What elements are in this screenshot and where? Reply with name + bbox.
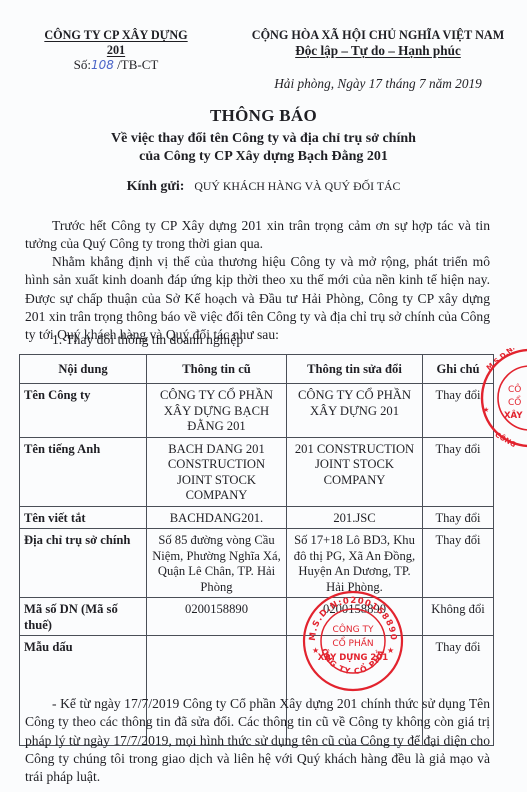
table-row: Mã số DN (Mã số thuế) 0200158890 0200158…	[20, 598, 494, 636]
table-header-row: Nội dung Thông tin cũ Thông tin sửa đổi …	[20, 355, 494, 384]
new-value: CÔNG TY CỔ PHẦN XÂY DỰNG 201	[287, 384, 423, 438]
greeting: Kính gửi:QUÝ KHÁCH HÀNG VÀ QUÝ ĐỐI TÁC	[0, 178, 527, 195]
stamp-line-1: CÔNG TY	[333, 623, 374, 635]
new-value: Số 17+18 Lô BD3, Khu đô thị PG, Xã An Đồ…	[287, 529, 423, 598]
company-seal-stamp: M.S.D.N:0200158890 CÔNG TY CỔ PHẦN CÔNG …	[301, 589, 405, 693]
document-title: THÔNG BÁO	[0, 106, 527, 126]
document-subtitle-line-1: Về việc thay đổi tên Công ty và địa chỉ …	[0, 131, 527, 147]
document-number-suffix: /TB-CT	[114, 57, 158, 72]
svg-text:CỔ: CỔ	[508, 395, 521, 408]
table-row: Tên Công ty CÔNG TY CỔ PHẦN XÂY DỰNG BẠC…	[20, 384, 494, 438]
paragraph-closing-text: - Kể từ ngày 17/7/2019 Công ty Cổ phần X…	[25, 696, 490, 784]
greeting-recipient: QUÝ KHÁCH HÀNG VÀ QUÝ ĐỐI TÁC	[194, 179, 400, 193]
table-header-new-info: Thông tin sửa đổi	[287, 355, 423, 384]
new-value: 201.JSC	[287, 506, 423, 529]
old-value: Số 85 đường vòng Cầu Niệm, Phường Nghĩa …	[147, 529, 287, 598]
star-icon: ★	[312, 646, 319, 655]
national-title: CỘNG HÒA XÃ HỘI CHỦ NGHĨA VIỆT NAM	[228, 28, 527, 43]
document-subtitle-line-2: của Công ty CP Xây dựng Bạch Đằng 201	[0, 149, 527, 165]
paragraph-intro-text: Trước hết Công ty CP Xây dựng 201 xin tr…	[25, 218, 490, 251]
note: Không đổi	[423, 598, 494, 636]
document-number-handwritten: 108	[91, 58, 114, 72]
issuing-company-name: CÔNG TY CP XÂY DỰNG 201	[36, 28, 196, 58]
row-label: Tên Công ty	[20, 384, 147, 438]
company-info-table: Nội dung Thông tin cũ Thông tin sửa đổi …	[19, 354, 494, 746]
svg-text:XÂY: XÂY	[504, 409, 523, 421]
paragraph-purpose: Nhằm khẳng định vị thế của thương hiệu C…	[25, 253, 490, 344]
place-date: Hải phòng, Ngày 17 tháng 7 năm 2019	[228, 76, 527, 92]
old-value: 0200158890	[147, 598, 287, 636]
stamp-line-3: XÂY DỰNG 201	[318, 651, 388, 663]
national-motto: Độc lập – Tự do – Hạnh phúc	[228, 43, 527, 59]
table-row: Tên tiếng Anh BACH DANG 201 CONSTRUCTION…	[20, 437, 494, 506]
paragraph-intro: Trước hết Công ty CP Xây dựng 201 xin tr…	[25, 217, 490, 254]
old-value: BACHDANG201.	[147, 506, 287, 529]
document-number: Số:108 /TB-CT	[36, 57, 196, 73]
paragraph-purpose-text: Nhằm khẳng định vị thế của thương hiệu C…	[25, 254, 490, 342]
row-label: Mã số DN (Mã số thuế)	[20, 598, 147, 636]
note: Thay đổi	[423, 529, 494, 598]
star-icon: ★	[483, 406, 489, 414]
table-header-old-info: Thông tin cũ	[147, 355, 287, 384]
old-value: CÔNG TY CỔ PHẦN XÂY DỰNG BẠCH ĐẰNG 201	[147, 384, 287, 438]
table-row: Địa chỉ trụ sở chính Số 85 đường vòng Cầ…	[20, 529, 494, 598]
row-label: Tên viết tắt	[20, 506, 147, 529]
svg-text:CÔNG: CÔNG	[494, 430, 518, 448]
row-label: Tên tiếng Anh	[20, 437, 147, 506]
note: Thay đổi	[423, 506, 494, 529]
greeting-label: Kính gửi:	[127, 179, 185, 194]
stamp-line-2: CỔ PHẦN	[332, 636, 373, 649]
partial-seal-stamp-edge: CÔ CỔ XÂY M.S.D.N:0 CÔNG ★	[478, 348, 527, 448]
svg-text:CÔ: CÔ	[508, 383, 521, 395]
row-label: Địa chỉ trụ sở chính	[20, 529, 147, 598]
old-value: BACH DANG 201 CONSTRUCTION JOINT STOCK C…	[147, 437, 287, 506]
new-value: 201 CONSTRUCTION JOINT STOCK COMPANY	[287, 437, 423, 506]
section-heading: 1. Thay đổi thông tin doanh nghiệp	[52, 332, 243, 348]
table-row: Tên viết tắt BACHDANG201. 201.JSC Thay đ…	[20, 506, 494, 529]
paragraph-closing: - Kể từ ngày 17/7/2019 Công ty Cổ phần X…	[25, 695, 490, 786]
star-icon: ★	[387, 646, 394, 655]
table-header-content: Nội dung	[20, 355, 147, 384]
document-number-prefix: Số:	[74, 57, 91, 72]
